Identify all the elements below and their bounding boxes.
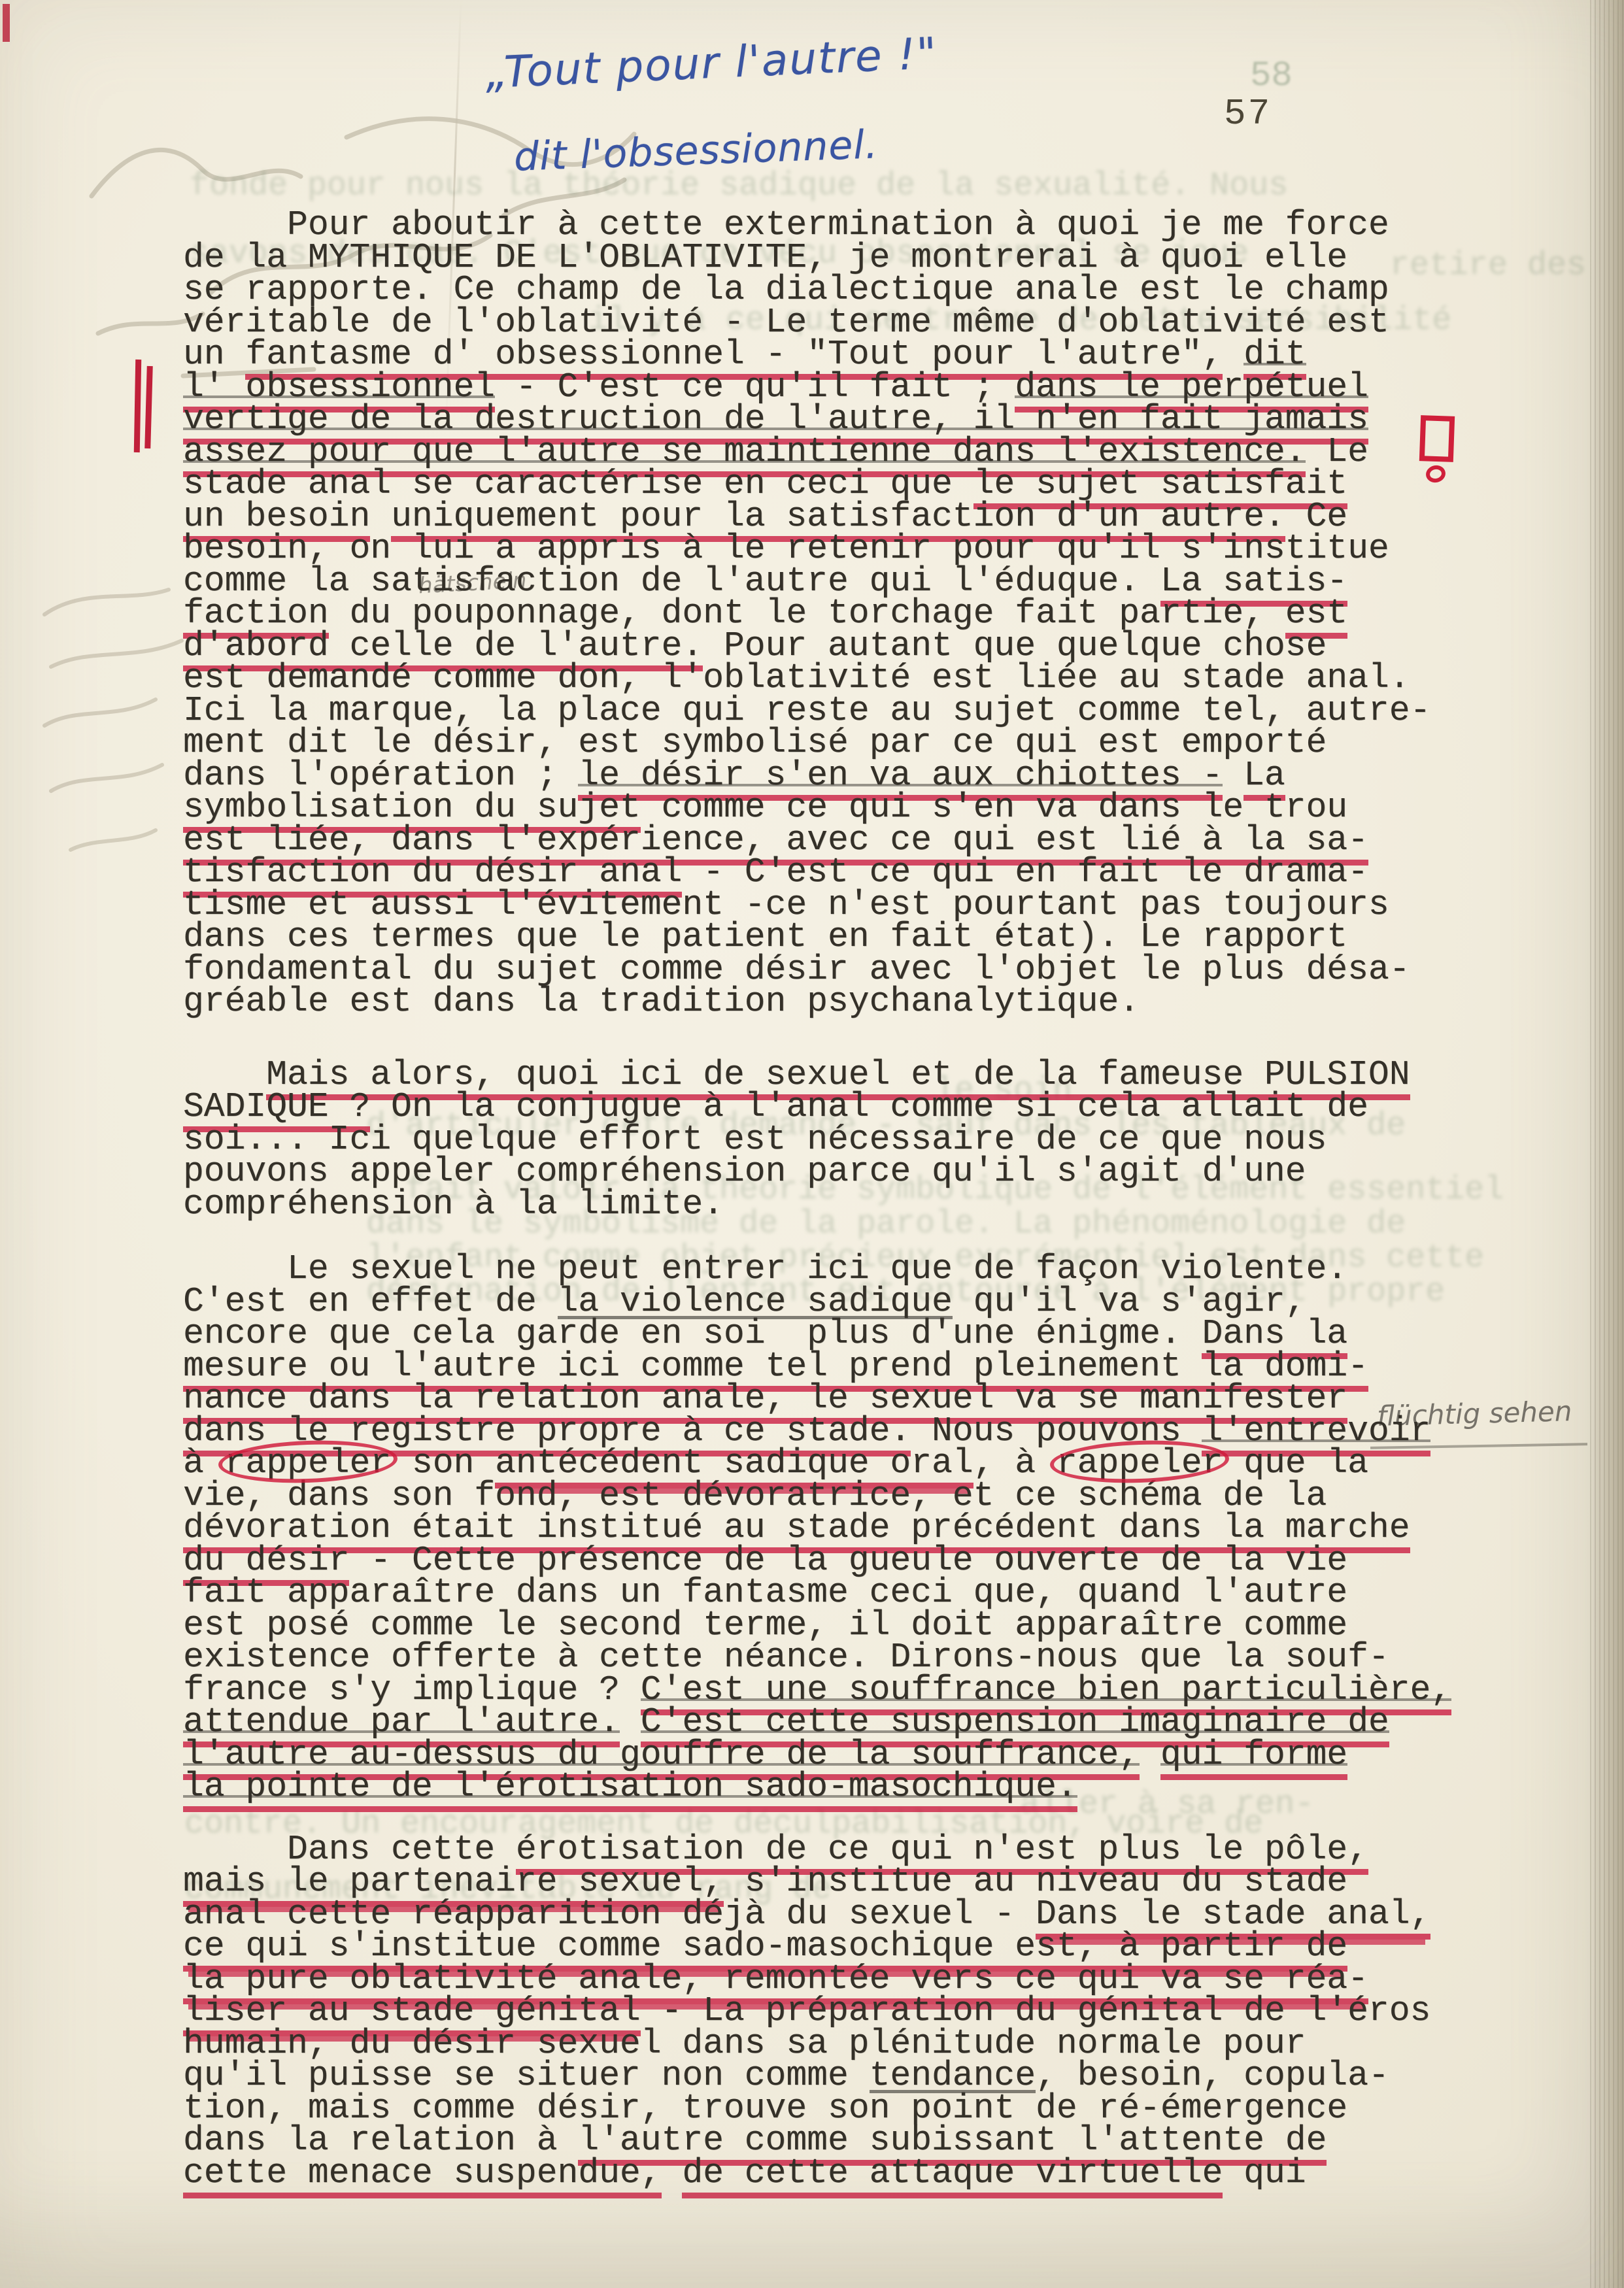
page-number: 57 [1224, 93, 1272, 135]
typescript-line: compréhension à la limite. [183, 1188, 1451, 1221]
typescript-line: la pure oblativité anale, remontée vers … [183, 1963, 1451, 1996]
typescript-line: Pour aboutir à cette extermination à quo… [183, 209, 1451, 242]
typescript-line: l'autre au-dessus du gouffre de la souff… [183, 1739, 1451, 1772]
typescript-line: C'est en effet de la violence sadique qu… [183, 1286, 1451, 1319]
annotated-text-segment: cette menace suspendue, [183, 2153, 662, 2198]
typescript: Pour aboutir à cette extermination à quo… [183, 209, 1451, 2189]
typescript-line: humain, du désir sexuel dans sa plénitud… [183, 2028, 1451, 2061]
typescript-line: encore que cela garde en soi plus d'une … [183, 1318, 1451, 1351]
text-segment: gréable est dans la tradition psychanaly… [183, 982, 1140, 1021]
annotated-text-segment: qui forme [1160, 1735, 1347, 1780]
typescript-line: SADIQUE ? On la conjugue à l'anal comme … [183, 1091, 1451, 1124]
typescript-line: symbolisation du sujet comme ce qui s'en… [183, 792, 1451, 824]
typescript-line: existence offerte à cette néance. Dirons… [183, 1641, 1451, 1674]
page-edge [1590, 0, 1624, 2288]
typescript-line: france s'y implique ? C'est une souffran… [183, 1674, 1451, 1707]
typescript-line: dévoration était institué au stade précé… [183, 1512, 1451, 1545]
typescript-line: tion, mais comme désir, trouve son point… [183, 2093, 1451, 2125]
typescript-line: besoin, on lui a appris à le retenir pou… [183, 533, 1451, 565]
annotated-text-segment: la pointe de l'érotisation sado-masochiq… [183, 1767, 1077, 1812]
typescript-line: véritable de l'oblativité - Le terme mêm… [183, 307, 1451, 339]
text-segment [662, 2153, 683, 2193]
typescript-line: est liée, dans l'expérience, avec ce qui… [183, 824, 1451, 857]
typescript-line: tisfaction du désir anal - C'est ce qui … [183, 856, 1451, 889]
typescript-line: de la MYTHIQUE DE L'OBLATIVITE, je montr… [183, 242, 1451, 275]
typescript-line: assez pour que l'autre se maintienne dan… [183, 436, 1451, 469]
typescript-line: est posé comme le second terme, il doit … [183, 1609, 1451, 1642]
typescript-scan-page: fonde pour nous la théorie sadique de la… [0, 0, 1624, 2288]
typescript-line: un fantasme d' obsessionnel - "Tout pour… [183, 339, 1451, 371]
typescript-line: vie, dans son fond, est dévoratrice, et … [183, 1480, 1451, 1513]
paragraph: Dans cette érotisation de ce qui n'est p… [183, 1834, 1451, 2190]
text-segment: compréhension à la limite. [183, 1185, 724, 1224]
typescript-line: Dans cette érotisation de ce qui n'est p… [183, 1834, 1451, 1866]
paragraph: Pour aboutir à cette extermination à quo… [183, 209, 1451, 1018]
typescript-line: dans le registre propre à ce stade. Nous… [183, 1415, 1451, 1448]
typescript-line: du désir - Cette présence de la gueule o… [183, 1545, 1451, 1577]
typescript-line: à rappeler son antécédent sadique oral, … [183, 1447, 1451, 1480]
annotated-text-segment: rappeler [1057, 1443, 1223, 1483]
text-segment: qui [1223, 2153, 1306, 2193]
typescript-line: Mais alors, quoi ici de sexuel et de la … [183, 1059, 1451, 1092]
bleedthrough-page-number: 58 [1250, 56, 1293, 96]
annotated-text-segment: rappeler [225, 1443, 391, 1483]
paragraph: Le sexuel ne peut entrer ici que de faço… [183, 1253, 1451, 1804]
text-segment [1140, 1735, 1160, 1774]
typescript-line: stade anal se caractérise en ceci que le… [183, 468, 1451, 501]
typescript-line: gréable est dans la tradition psychanaly… [183, 986, 1451, 1018]
typescript-line: Ici la marque, la place qui reste au suj… [183, 695, 1451, 728]
typescript-line: soi... Ici quelque effort est nécessaire… [183, 1124, 1451, 1156]
typescript-line: l' obsessionnel - C'est ce qu'il fait ; … [183, 371, 1451, 404]
typescript-line: mais le partenaire sexuel, s'institue au… [183, 1866, 1451, 1898]
typescript-line: comme la satisfaction de l'autre qui l'é… [183, 565, 1451, 598]
typescript-line: ce qui s'institue comme sado-masochique … [183, 1930, 1451, 1963]
typescript-line: fait apparaître dans un fantasme ceci qu… [183, 1577, 1451, 1609]
typescript-line: anal cette réapparition déjà du sexuel -… [183, 1898, 1451, 1931]
bleedthrough-line: fonde pour nous la théorie sadique de la… [190, 167, 1288, 205]
typescript-line: cette menace suspendue, de cette attaque… [183, 2157, 1451, 2190]
typescript-line: dans la relation à l'autre comme subissa… [183, 2125, 1451, 2157]
typescript-line: liser au stade génital - La préparation … [183, 1995, 1451, 2028]
typescript-line: fondamental du sujet comme désir avec l'… [183, 954, 1451, 986]
typescript-line: qu'il puisse se situer non comme tendanc… [183, 2060, 1451, 2093]
typescript-line: vertige de la destruction de l'autre, il… [183, 403, 1451, 436]
typescript-line: dans l'opération ; le désir s'en va aux … [183, 760, 1451, 792]
typescript-line: dans ces termes que le patient en fait é… [183, 921, 1451, 954]
typescript-line: est demandé comme don, l'oblativité est … [183, 662, 1451, 695]
typescript-line: faction du pouponnage, dont le torchage … [183, 597, 1451, 630]
typescript-line: d'abord celle de l'autre. Pour autant qu… [183, 630, 1451, 663]
typescript-line: mesure ou l'autre ici comme tel prend pl… [183, 1351, 1451, 1383]
handwritten-note-line1: „Tout pour l'autre !" [484, 28, 939, 98]
typescript-line: nance dans la relation anale, le sexuel … [183, 1383, 1451, 1415]
typescript-line: ment dit le désir, est symbolisé par ce … [183, 727, 1451, 760]
typescript-line: un besoin uniquement pour la satisfactio… [183, 501, 1451, 533]
paragraph: Mais alors, quoi ici de sexuel et de la … [183, 1059, 1451, 1221]
typescript-line: tisme et aussi l'évitement -ce n'est pou… [183, 889, 1451, 922]
typescript-line: attendue par l'autre. C'est cette suspen… [183, 1706, 1451, 1739]
red-edge-tick [3, 4, 10, 42]
typescript-line: pouvons appeler compréhension parce qu'i… [183, 1156, 1451, 1188]
typescript-line: se rapporte. Ce champ de la dialectique … [183, 274, 1451, 307]
red-margin-bar [134, 360, 141, 452]
typescript-line: Le sexuel ne peut entrer ici que de faço… [183, 1253, 1451, 1286]
annotated-text-segment: de cette attaque virtuelle [682, 2153, 1223, 2198]
